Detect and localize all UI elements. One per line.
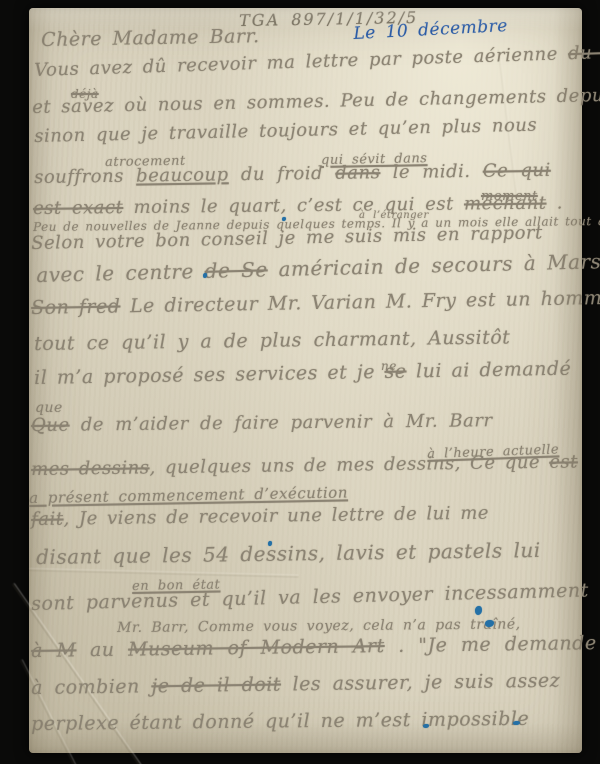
letter-line: fait, Je viens de recevoir une lettre de… xyxy=(31,504,489,531)
text-segment: ne xyxy=(381,359,397,373)
text-segment: sinon que je travaille toujours et qu’en… xyxy=(34,115,537,147)
letter-line: Que de m’aider de faire parvenir à Mr. B… xyxy=(31,411,493,437)
salutation: Chère Madame Barr. xyxy=(41,26,260,52)
text-segment: fait xyxy=(31,509,64,530)
letter-line: sinon que je travaille toujours et qu’en… xyxy=(34,116,537,148)
letter-line: il m’a proposé ses services et je se lui… xyxy=(34,359,572,390)
text-segment: , quelques uns de mes dessins, Ce que xyxy=(149,452,549,479)
text-segment: mes dessins xyxy=(31,457,150,480)
letter-line: mes dessins, quelques uns de mes dessins… xyxy=(31,452,578,480)
text-segment: il m’a proposé ses services et je xyxy=(34,361,385,389)
text-segment: sont parvenus et qu’il va les envoyer in… xyxy=(31,579,589,615)
text-segment: souffrons xyxy=(34,166,136,188)
text-segment: , Je viens de recevoir une lettre de lui… xyxy=(63,503,489,530)
text-segment: . "Je me demande xyxy=(385,632,597,657)
letter-line: et savez où nous en sommes. Peu de chang… xyxy=(32,85,600,119)
text-segment: avec le centre xyxy=(36,259,205,287)
text-segment: et savez où nous en sommes. Peu de chang… xyxy=(32,84,600,118)
text-segment: Le directeur Mr. Varian M. Fry est un ho… xyxy=(120,287,600,318)
text-segment: beaucoup xyxy=(136,164,229,186)
text-segment: américain de secours à Marseille. xyxy=(267,248,600,281)
text-segment: Son fred xyxy=(31,295,121,319)
ink-speck xyxy=(475,606,482,615)
letter-line: à M au Museum of Modern Art . "Je me dem… xyxy=(31,633,597,663)
text-segment: Chère Madame Barr. xyxy=(41,25,260,51)
text-segment: lui ai demandé xyxy=(406,358,571,383)
text-segment: à combien xyxy=(31,675,152,699)
text-segment: est xyxy=(549,451,578,472)
text-segment: est exact xyxy=(33,197,123,219)
letter-line: à combien je de il doit les assurer, je … xyxy=(31,671,560,700)
text-segment: de m’aider de faire parvenir à Mr. Barr xyxy=(70,410,493,435)
text-segment: Museum of Modern Art xyxy=(128,635,385,661)
letter-line: tout ce qu’il y a de plus charmant, Auss… xyxy=(34,327,510,355)
text-segment: le midi. xyxy=(380,161,483,183)
paper-crease xyxy=(29,568,299,578)
text-segment: dans xyxy=(335,162,380,184)
text-segment: méchant xyxy=(464,193,547,215)
text-segment: disant que les 54 dessins, lavis et past… xyxy=(36,538,541,569)
text-segment: Que xyxy=(31,415,70,436)
letter-line: Son fred Le directeur Mr. Varian M. Fry … xyxy=(31,288,600,320)
insertion: que xyxy=(35,400,63,416)
letter-line: perplexe étant donné qu’il ne m’est impo… xyxy=(31,709,529,736)
text-segment: au xyxy=(76,639,128,662)
text-segment: perplexe étant donné qu’il ne m’est impo… xyxy=(31,708,529,735)
text-segment: de Se xyxy=(204,257,268,283)
letter-paper: TGA 897/1/1/32/5Le 10 décembreChère Mada… xyxy=(29,8,582,753)
letter-scan: { "document": { "kind": "handwritten let… xyxy=(0,0,600,764)
text-segment: du mois Janv xyxy=(568,39,600,64)
text-segment: . xyxy=(546,192,563,213)
text-segment: je de il doit xyxy=(151,674,281,698)
letter-line: souffrons beaucoup du froid dans le midi… xyxy=(34,161,551,189)
text-segment: que xyxy=(35,400,63,416)
text-segment: à M xyxy=(31,639,77,662)
letter-line: a présent commencement d’exécution xyxy=(29,484,348,507)
insertion: ne xyxy=(381,360,397,374)
letter-line: avec le centre de Se américain de secour… xyxy=(36,249,600,287)
text-segment: les assurer, je suis assez xyxy=(281,670,561,696)
text-segment: a présent commencement d’exécution xyxy=(29,483,348,507)
text-segment: du froid xyxy=(228,163,335,185)
paper-crease xyxy=(20,659,78,764)
letter-line: sont parvenus et qu’il va les envoyer in… xyxy=(31,580,589,615)
text-segment: Ce qui xyxy=(483,160,551,182)
letter-line: disant que les 54 dessins, lavis et past… xyxy=(36,539,541,569)
text-segment: tout ce qu’il y a de plus charmant, Auss… xyxy=(34,326,510,355)
